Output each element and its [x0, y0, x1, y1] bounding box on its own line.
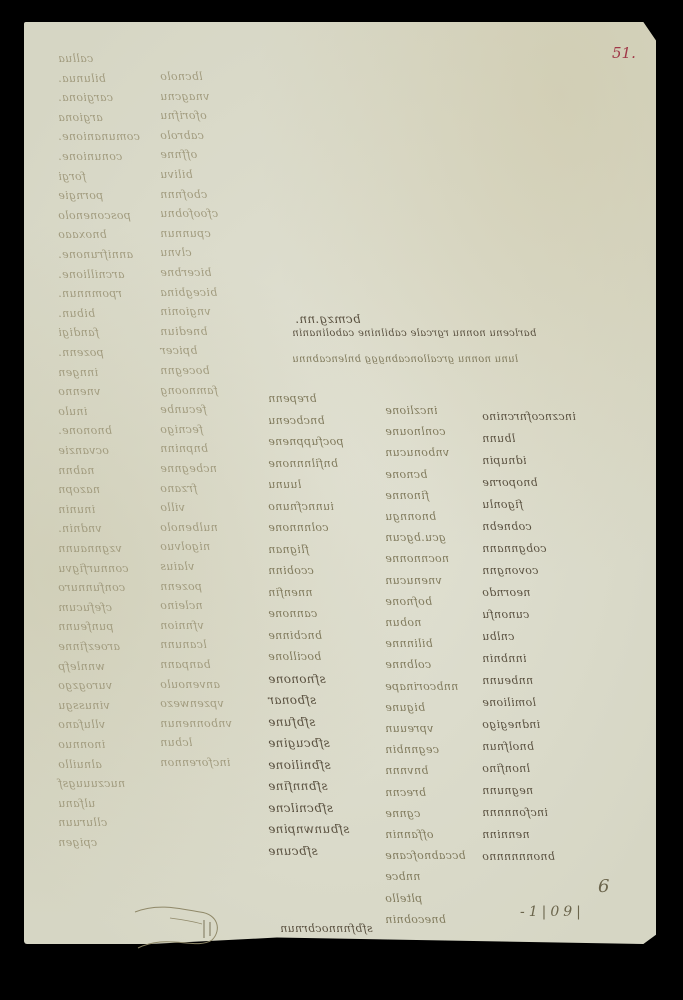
word-entry: nobun — [385, 616, 421, 629]
word-entry: confunnuro — [58, 581, 125, 594]
word-entry: sfnonone — [268, 672, 326, 686]
word-entry: nuczuuugsf — [58, 777, 125, 790]
bottom-line: sfbfnnnocbrnun — [280, 922, 373, 935]
word-entry: cannone — [268, 607, 317, 620]
word-entry: bnonngu — [385, 510, 436, 523]
word-entry: bnonnnnnno — [482, 850, 555, 863]
word-entry: incfonnnnn — [482, 806, 548, 819]
word-entry: bicegbina — [160, 286, 217, 299]
word-entry: alnuillo — [58, 758, 102, 771]
word-entry: brepenn — [268, 392, 317, 405]
word-entry: nenninn — [482, 828, 530, 841]
word-entry: nazopn — [58, 483, 100, 496]
word-entry: banpann — [160, 658, 211, 671]
word-entry: colbnne — [385, 658, 431, 671]
word-entry: lbcnolo — [160, 70, 203, 83]
word-entry: cobgnnann — [482, 542, 546, 555]
word-entry: inngen — [58, 366, 98, 379]
word-entry: vpzenwezo — [160, 697, 224, 710]
word-entry: neorndo — [482, 586, 530, 599]
word-entry: cfoofobnu — [160, 207, 218, 220]
word-entry: bigune — [385, 701, 425, 714]
word-entry: incforennon — [160, 756, 230, 769]
word-entry: sfbcune — [268, 844, 318, 858]
word-entry: colnnnone — [268, 521, 328, 534]
word-entry: idnupin — [482, 454, 526, 467]
word-entry: sfbonar — [268, 693, 316, 707]
word-entry: sfbnnfine — [268, 779, 328, 793]
word-entry: vfnnion — [160, 619, 204, 632]
hand-sketch-icon — [130, 900, 230, 950]
word-entry: cobnebn — [482, 520, 532, 533]
word-entry: bcnone — [385, 468, 427, 481]
word-entry: oforifnu — [160, 109, 207, 122]
word-entry: bpicer — [160, 344, 197, 357]
folio-bottom-number: -1|09| — [520, 904, 585, 920]
word-entry: nnbcorinape — [385, 680, 458, 693]
folio-number: 51. — [612, 44, 636, 62]
word-entry: bncbcenu — [268, 414, 325, 427]
word-entry: negnunn — [482, 784, 533, 797]
word-entry: frzano — [160, 482, 197, 495]
word-entry: argiona — [58, 111, 103, 124]
word-entry: ocvanzie — [58, 444, 109, 457]
word-entry: cargiona. — [58, 91, 113, 104]
word-entry: aroezfinne — [58, 640, 120, 653]
word-entry: bnoxaao — [58, 228, 107, 241]
word-entry: cabrolo — [160, 129, 204, 142]
word-entry: bnvnnn — [385, 764, 428, 777]
word-entry: flignan — [268, 543, 309, 556]
word-entry: fandigi — [58, 326, 99, 339]
word-entry: lomilione — [482, 696, 536, 709]
header-title: bcmzg.nn. — [295, 312, 361, 326]
word-entry: ncleino — [160, 599, 203, 612]
word-entry: posconenolo — [58, 209, 131, 222]
word-entry: anvenoulo — [160, 678, 220, 691]
word-entry: nigolvuo — [160, 540, 210, 553]
word-entry: offnne — [160, 148, 197, 161]
word-entry: bccabnofcane — [385, 849, 466, 862]
numeral-six: 6 — [598, 876, 609, 897]
word-entry: bocillone — [268, 650, 321, 663]
word-entry: ncbegnne — [160, 462, 217, 475]
word-entry: indnegigo — [482, 718, 540, 731]
word-entry: rpomnnun. — [58, 287, 122, 300]
word-entry: pozenn — [160, 580, 202, 593]
word-entry: inczlione — [385, 404, 438, 417]
word-entry: nnenfin — [268, 586, 313, 599]
word-entry: sfbnilione — [268, 758, 331, 772]
word-entry: cnlbu — [482, 630, 514, 643]
word-entry: sfbunwnpine — [268, 822, 349, 836]
word-entry: inczncofnrcnino — [482, 410, 576, 423]
word-entry: bilunua. — [58, 72, 106, 85]
word-entry: sfbcugine — [268, 736, 330, 750]
word-entry: nulbenolo — [160, 521, 218, 534]
word-entry: vnenno — [58, 385, 100, 398]
word-entry: inonnuo — [58, 738, 105, 751]
word-entry: iunncfnuno — [268, 500, 334, 513]
word-entry: vinussgu — [58, 699, 110, 712]
word-entry: forgi — [58, 170, 86, 183]
word-entry: finonne — [385, 489, 429, 502]
word-entry: arcnillione. — [58, 268, 124, 281]
word-entry: bncbinne — [268, 629, 322, 642]
word-entry: annifrunone. — [58, 248, 133, 261]
word-entry: vzgnnaunn — [58, 542, 122, 555]
word-entry: ulfanu — [58, 797, 95, 810]
word-entry: clvnu — [160, 246, 192, 259]
word-entry: conunione. — [58, 150, 122, 163]
word-entry: bnonone. — [58, 424, 112, 437]
word-entry: vnbonucun — [385, 446, 449, 459]
word-entry: nocnnonne — [385, 552, 449, 565]
word-entry: luunu — [268, 478, 301, 491]
word-entry: cbofnnn — [160, 188, 207, 201]
word-entry: lbunn — [482, 432, 515, 445]
word-entry: bibun. — [58, 307, 95, 320]
word-entry: bnolfnun — [482, 740, 534, 753]
header-line-1: barlcenu nonnu rgrcale cabilnine cabolin… — [292, 328, 536, 339]
word-entry: fecunbe — [160, 403, 207, 416]
word-entry: vurogzgo — [58, 679, 112, 692]
word-entry: offannin — [385, 828, 434, 841]
word-entry: covongnn — [482, 564, 538, 577]
word-entry: vlaius — [160, 560, 194, 573]
word-entry: brecnn — [385, 786, 426, 799]
word-entry: comunanione. — [58, 130, 140, 143]
word-entry: conlnoune — [385, 425, 445, 438]
word-entry: bnpninn — [160, 442, 208, 455]
word-entry: sfbfune — [268, 715, 315, 729]
word-entry: punfeunn — [58, 620, 113, 633]
word-entry: bnecobnin — [385, 913, 446, 926]
word-entry: vpreuun — [385, 722, 433, 735]
word-entry: inunin — [58, 503, 95, 516]
word-entry: bofnone — [385, 595, 432, 608]
word-entry: figonlu — [482, 498, 523, 511]
word-entry: pocfuppnene — [268, 435, 344, 448]
word-entry: wnnlefp — [58, 660, 105, 673]
word-entry: bocegnn — [160, 364, 210, 377]
header-line-2: lunu nonnu grcalloncabnggg bnlencabnnu — [292, 354, 518, 365]
word-entry: nnbce — [385, 870, 420, 883]
word-entry: bnediun — [160, 325, 207, 338]
word-entry: fecnigo — [160, 423, 203, 436]
word-entry: bnoporne — [482, 476, 538, 489]
word-entry: cgnne — [385, 807, 420, 820]
word-entry: lnonfino — [482, 762, 530, 775]
word-entry: villo — [160, 501, 185, 514]
word-entry: nnbeunn — [482, 674, 533, 687]
word-entry: callua — [58, 52, 93, 65]
word-entry: vnagcnu — [160, 90, 209, 103]
word-entry: nabnn — [58, 464, 94, 477]
word-entry: innbnin — [482, 652, 527, 665]
word-entry: vnbonnenun — [160, 717, 232, 730]
word-entry: clluruun — [58, 816, 107, 829]
word-entry: cunonfu — [482, 608, 529, 621]
word-entry: lcbun — [160, 736, 192, 749]
word-entry: vndnin. — [58, 522, 102, 535]
word-entry: cpunnun — [160, 227, 211, 240]
word-entry: famnoong — [160, 384, 218, 397]
word-entry: ccobinn — [268, 564, 314, 577]
word-entry: vnenucun — [385, 574, 442, 587]
word-entry: sfbcnilcne — [268, 801, 333, 815]
word-entry: cpigen — [58, 836, 97, 849]
word-entry: porngie — [58, 189, 103, 202]
word-entry: vngionin — [160, 305, 211, 318]
word-entry: inulo — [58, 405, 87, 418]
word-entry: bilivu — [160, 168, 193, 181]
word-entry: bnfilnnnone — [268, 457, 338, 470]
word-entry: pltello — [385, 892, 422, 905]
word-entry: pozenn. — [58, 346, 104, 359]
word-entry: cegnnbin — [385, 743, 439, 756]
word-entry: bilinnne — [385, 637, 433, 650]
word-entry: bicerbne — [160, 266, 212, 279]
word-entry: cfefucum — [58, 601, 112, 614]
word-entry: lcanunn — [160, 638, 207, 651]
word-entry: connurfigvu — [58, 562, 129, 575]
word-entry: gcu.bgcun — [385, 531, 446, 544]
word-entry: vllufano — [58, 718, 105, 731]
